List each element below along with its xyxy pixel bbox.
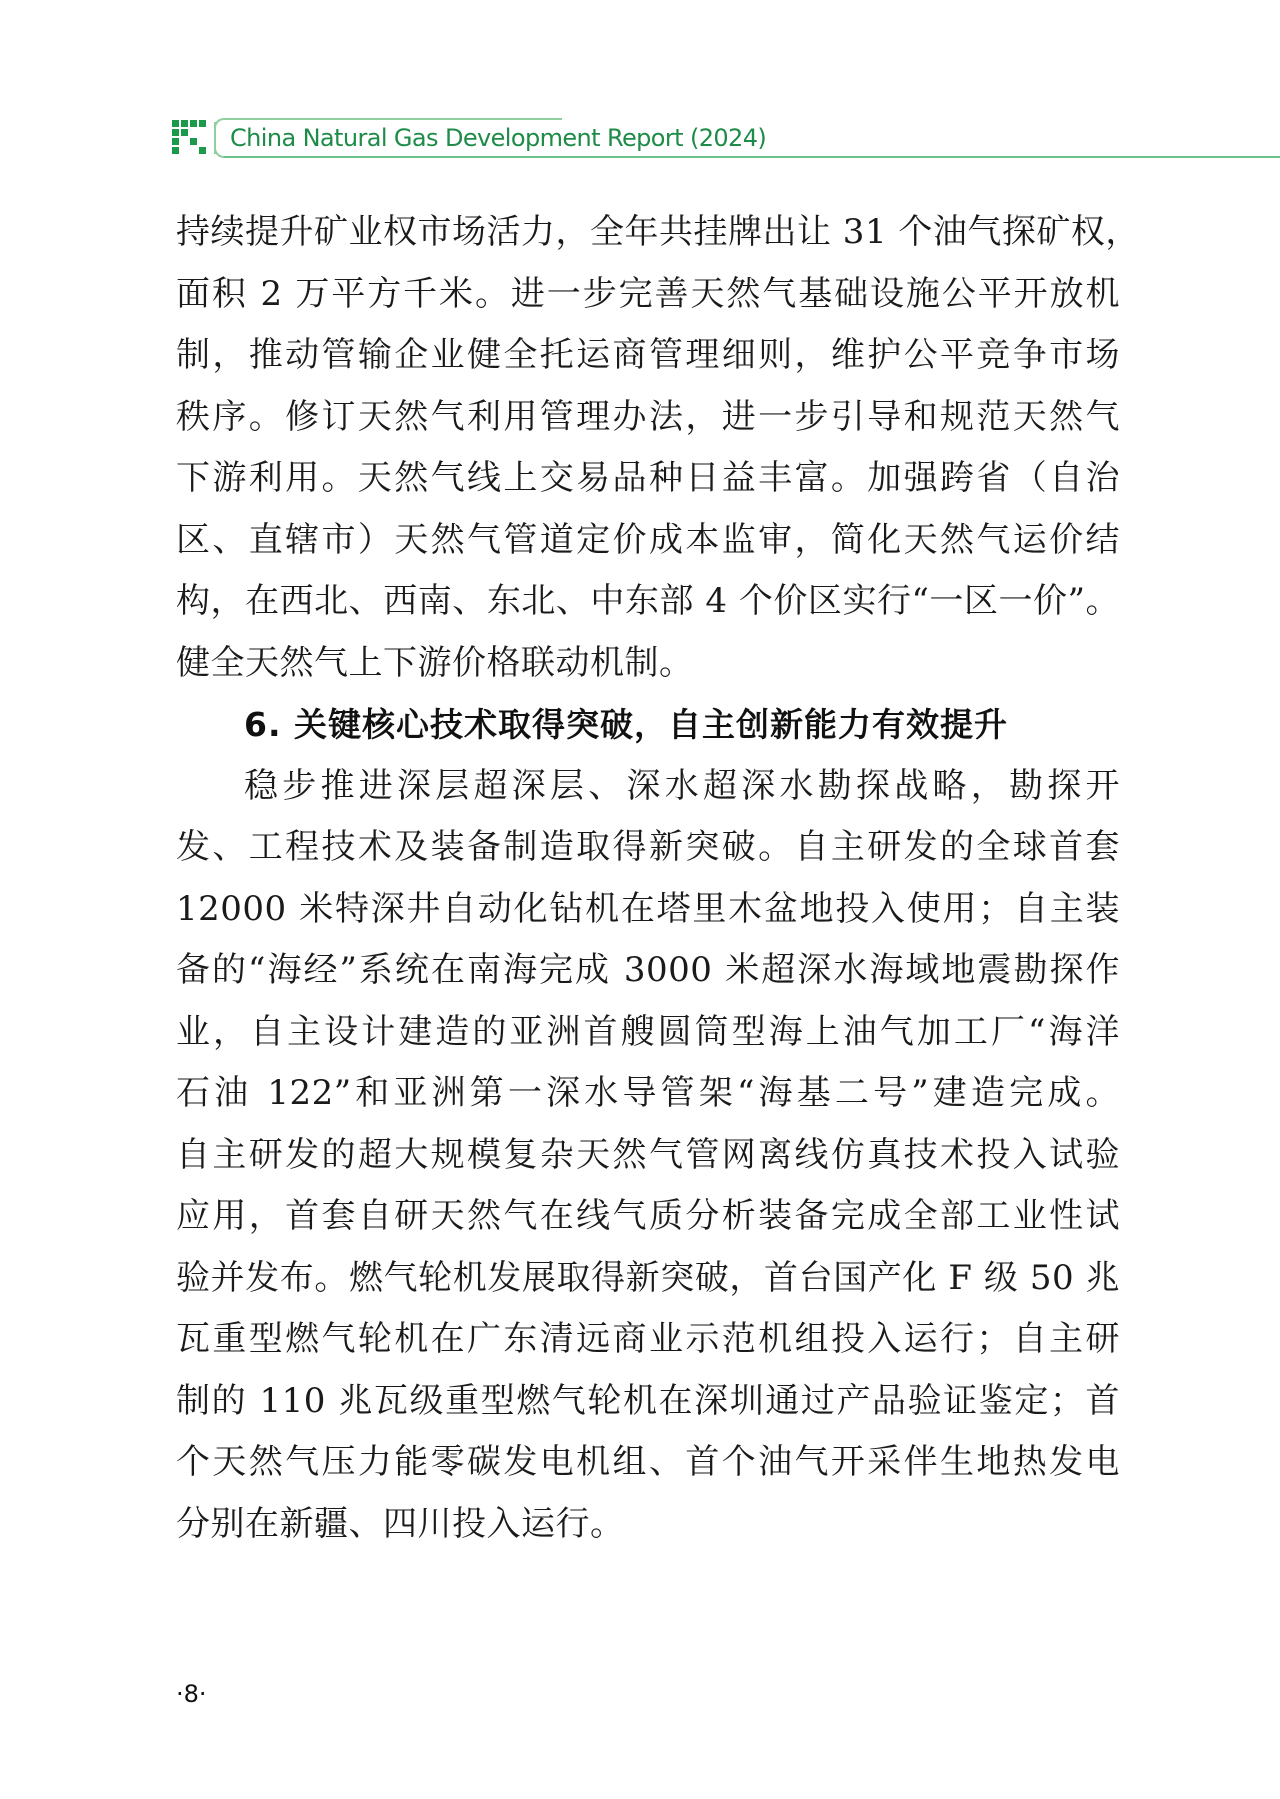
text-line: 备的“海经”系统在南海完成 3000 米超深水海域地震勘探作	[176, 940, 1120, 1002]
text-line: 12000 米特深井自动化钻机在塔里木盆地投入使用；自主装	[176, 879, 1120, 941]
text-line: 验并发布。燃气轮机发展取得新突破，首台国产化 F 级 50 兆	[176, 1248, 1120, 1310]
text-line: 业，自主设计建造的亚洲首艘圆筒型海上油气加工厂“海洋	[176, 1002, 1120, 1064]
body-content: 持续提升矿业权市场活力，全年共挂牌出让 31 个油气探矿权， 面积 2 万平方千…	[176, 202, 1120, 1555]
text-line: 健全天然气上下游价格联动机制。	[176, 633, 1120, 695]
document-page: China Natural Gas Development Report (20…	[0, 0, 1280, 1799]
section-heading: 6. 关键核心技术取得突破，自主创新能力有效提升	[176, 694, 1120, 756]
text-line: 石油 122”和亚洲第一深水导管架“海基二号”建造完成。	[176, 1063, 1120, 1125]
text-line: 构，在西北、西南、东北、中东部 4 个价区实行“一区一价”。	[176, 571, 1120, 633]
text-line: 秩序。修订天然气利用管理办法，进一步引导和规范天然气	[176, 387, 1120, 449]
text-line: 下游利用。天然气线上交易品种日益丰富。加强跨省（自治	[176, 448, 1120, 510]
report-logo-icon	[172, 120, 206, 154]
text-line: 制的 110 兆瓦级重型燃气轮机在深圳通过产品验证鉴定；首	[176, 1371, 1120, 1433]
text-line: 个天然气压力能零碳发电机组、首个油气开采伴生地热发电	[176, 1432, 1120, 1494]
text-line: 稳步推进深层超深层、深水超深水勘探战略，勘探开	[176, 756, 1120, 818]
text-line: 区、直辖市）天然气管道定价成本监审，简化天然气运价结	[176, 510, 1120, 572]
header-divider	[224, 156, 1280, 158]
text-line: 自主研发的超大规模复杂天然气管网离线仿真技术投入试验	[176, 1125, 1120, 1187]
header-title-bracket	[214, 122, 226, 158]
text-line: 制，推动管输企业健全托运商管理细则，维护公平竞争市场	[176, 325, 1120, 387]
text-line: 持续提升矿业权市场活力，全年共挂牌出让 31 个油气探矿权，	[176, 202, 1120, 264]
text-line: 面积 2 万平方千米。进一步完善天然气基础设施公平开放机	[176, 264, 1120, 326]
header-title: China Natural Gas Development Report (20…	[230, 124, 766, 152]
paragraph-2: 稳步推进深层超深层、深水超深水勘探战略，勘探开 发、工程技术及装备制造取得新突破…	[176, 756, 1120, 1556]
text-line: 应用，首套自研天然气在线气质分析装备完成全部工业性试	[176, 1186, 1120, 1248]
page-number: ·8·	[176, 1680, 207, 1708]
text-line: 分别在新疆、四川投入运行。	[176, 1494, 1120, 1556]
running-header: China Natural Gas Development Report (20…	[172, 118, 1120, 162]
paragraph-1: 持续提升矿业权市场活力，全年共挂牌出让 31 个油气探矿权， 面积 2 万平方千…	[176, 202, 1120, 694]
text-line: 瓦重型燃气轮机在广东清远商业示范机组投入运行；自主研	[176, 1309, 1120, 1371]
text-line: 发、工程技术及装备制造取得新突破。自主研发的全球首套	[176, 817, 1120, 879]
